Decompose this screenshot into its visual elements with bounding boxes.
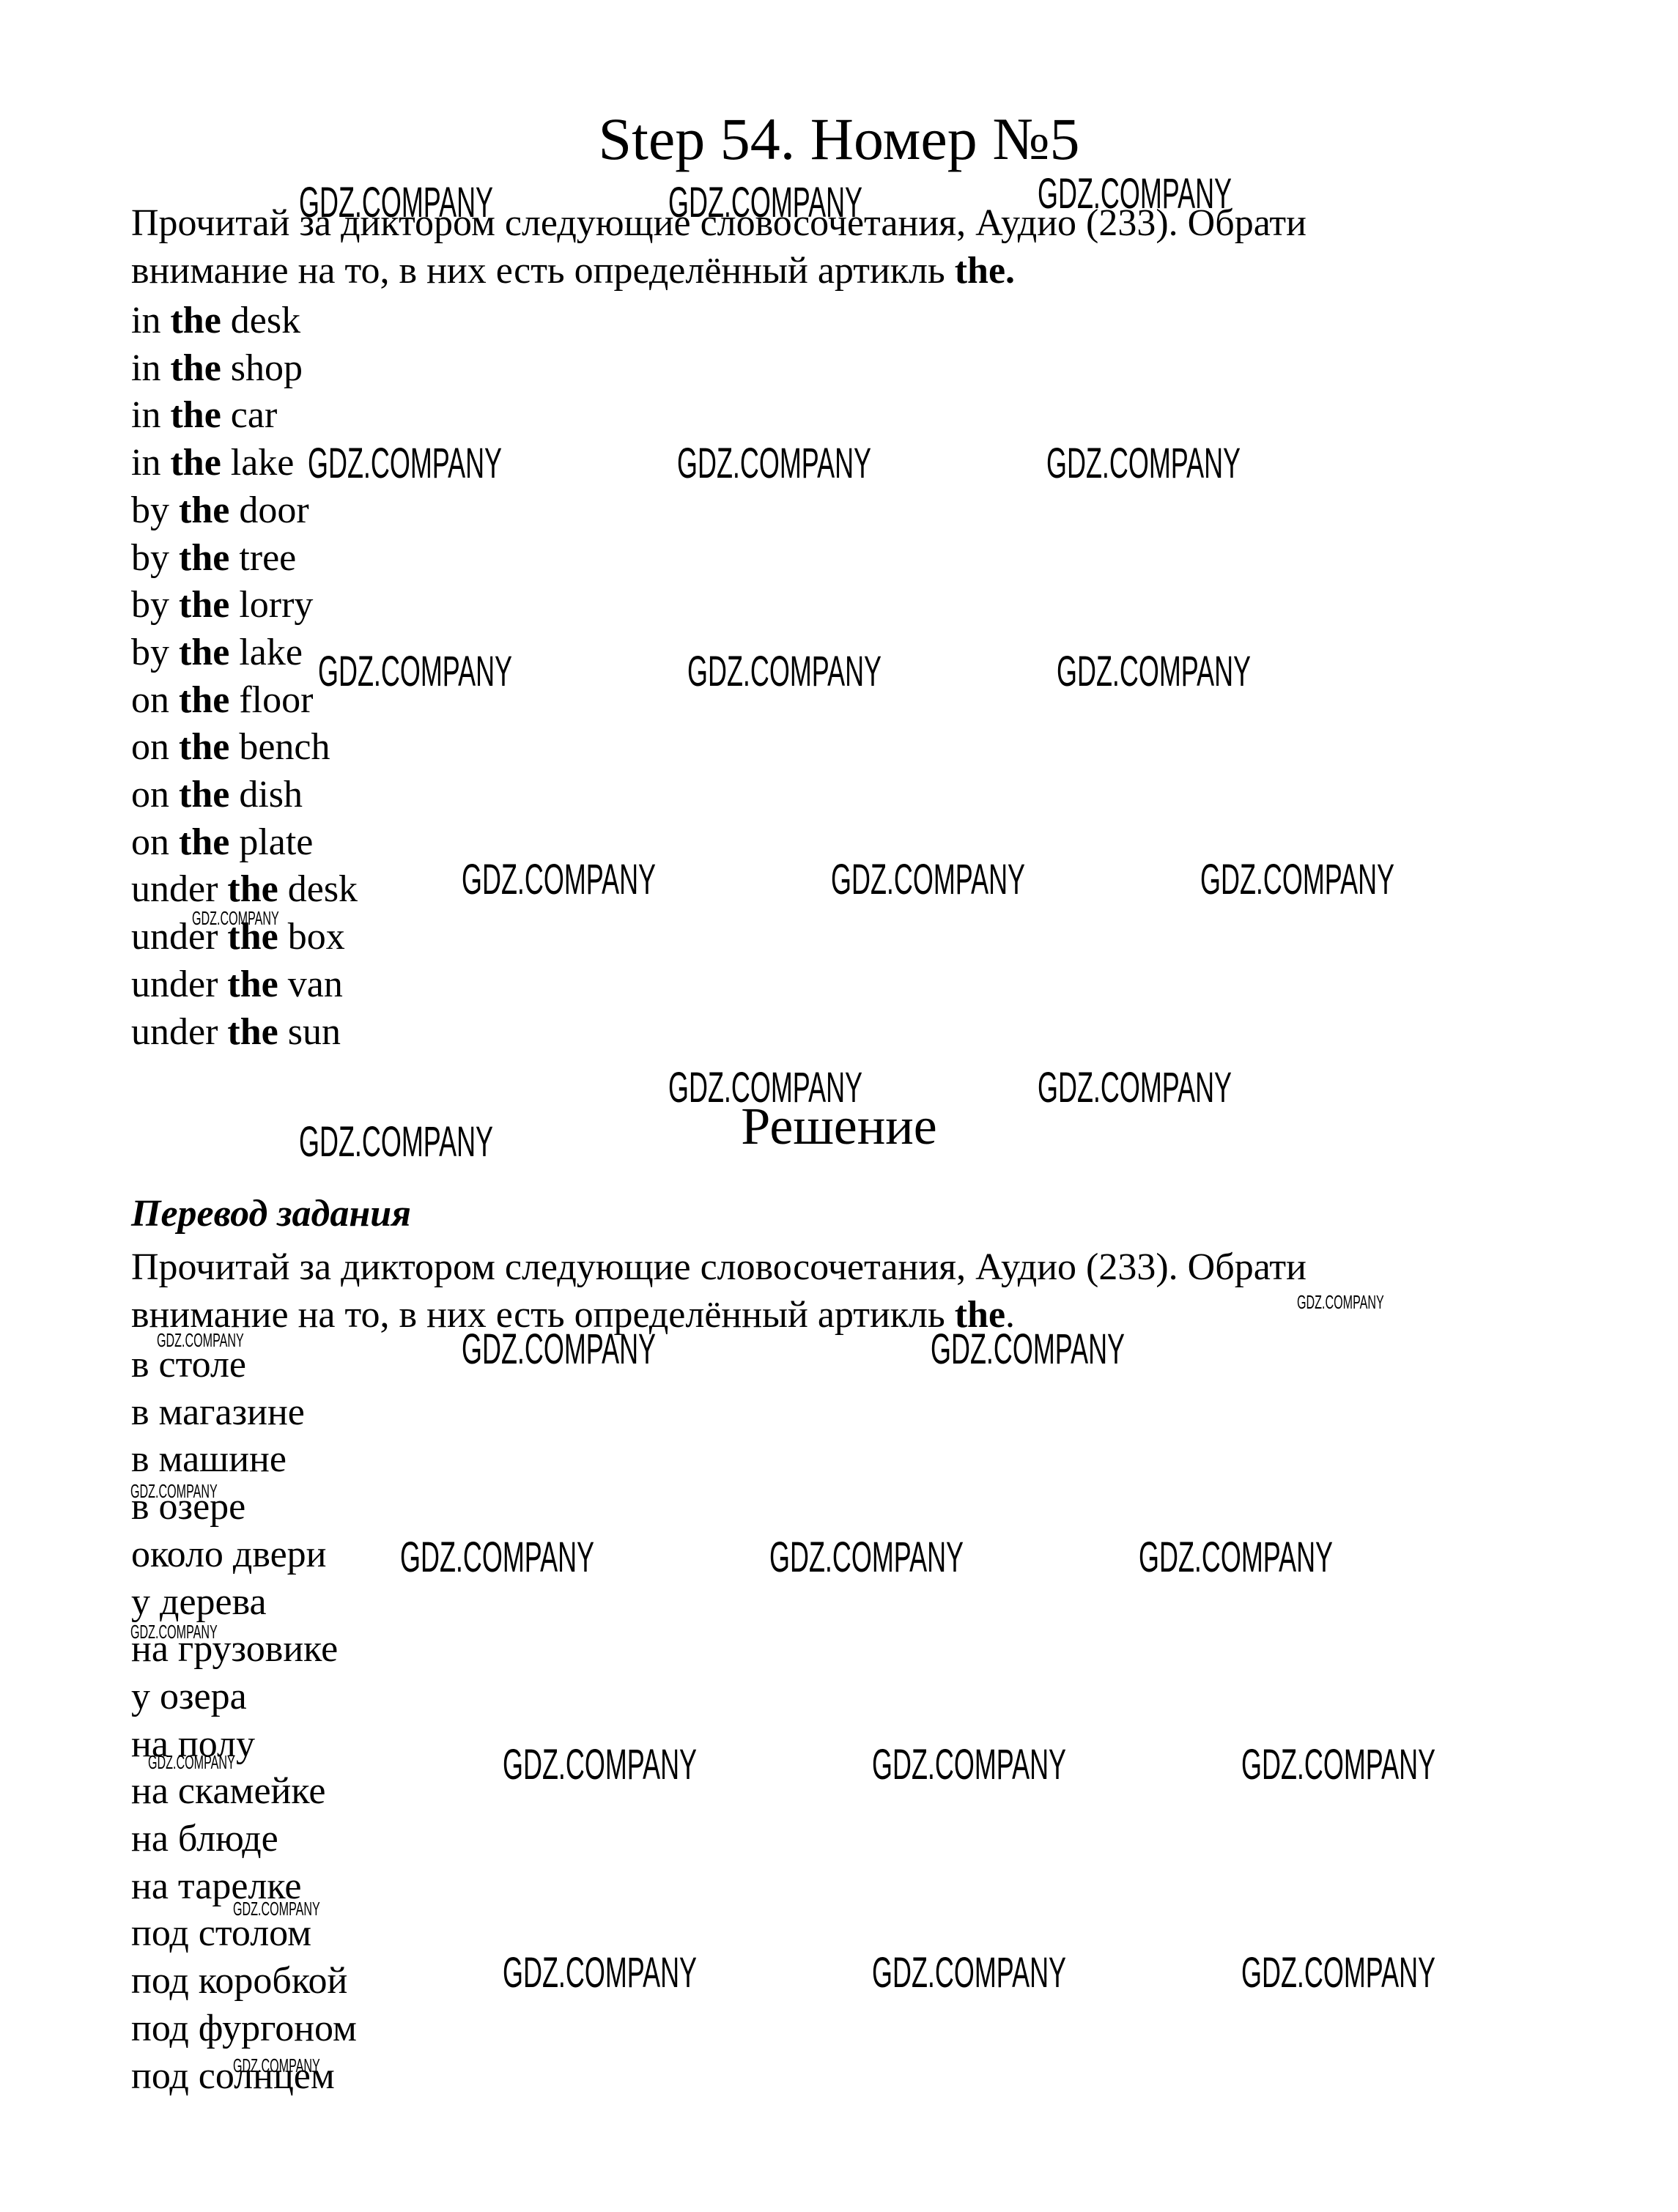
page-title: Step 54. Номер №5 [0,103,1678,176]
phrase-item: by the lorry [131,581,313,629]
watermark-text: GDZ.COMPANY [1200,859,1394,901]
article-the: the. [955,250,1015,292]
phrase-noun: lorry [229,584,313,626]
watermark-text: GDZ.COMPANY [299,182,493,224]
phrase-preposition: in [131,347,170,389]
watermark-text: GDZ.COMPANY [1057,651,1251,693]
translation-item: под коробкой [131,1957,347,2005]
translation-heading: Перевод задания [131,1190,411,1238]
phrase-preposition: under [131,1011,227,1053]
translation-item: под фургоном [131,2005,357,2052]
translation-item: у дерева [131,1578,267,1626]
phrase-preposition: by [131,489,179,531]
watermark-text: GDZ.COMPANY [687,651,881,693]
phrase-noun: sun [278,1011,341,1053]
phrase-preposition: on [131,726,179,768]
phrase-item: in the desk [131,297,300,344]
phrase-item: in the lake [131,439,294,487]
watermark-text: GDZ.COMPANY [318,651,512,693]
phrase-article: the [179,774,229,815]
phrase-article: the [227,963,278,1005]
watermark-text: GDZ.COMPANY [503,1952,697,1994]
translation-task-line-1: Прочитай за диктором следующие словосоче… [131,1243,1306,1291]
phrase-noun: car [221,394,277,436]
phrase-noun: dish [229,774,303,815]
watermark-text: GDZ.COMPANY [1046,443,1241,485]
watermark-text: GDZ.COMPANY [872,1952,1066,1994]
phrase-article: the [179,821,229,863]
watermark-text-small: GDZ.COMPANY [130,1482,218,1501]
watermark-text: GDZ.COMPANY [400,1536,594,1579]
translation-item: на блюде [131,1815,278,1863]
phrase-noun: van [278,963,343,1005]
phrase-preposition: in [131,442,170,484]
watermark-text-small: GDZ.COMPANY [157,1331,244,1350]
watermark-text: GDZ.COMPANY [462,859,656,901]
translation-item: у озера [131,1673,247,1720]
phrase-noun: floor [229,679,313,721]
watermark-text: GDZ.COMPANY [668,1067,862,1109]
phrase-item: on the floor [131,676,313,724]
phrase-preposition: on [131,679,179,721]
phrase-preposition: by [131,584,179,626]
phrase-item: by the lake [131,629,303,676]
phrase-item: in the car [131,391,277,439]
phrase-article: the [179,584,229,626]
phrase-noun: box [278,916,345,958]
phrase-preposition: on [131,821,179,863]
watermark-text: GDZ.COMPANY [872,1744,1066,1786]
phrase-article: the [179,726,229,768]
phrase-preposition: in [131,300,170,341]
phrase-article: the [170,300,221,341]
translation-item: на скамейке [131,1767,325,1815]
task-text-line-2-prefix: внимание на то, в них есть определённый … [131,250,955,292]
watermark-text: GDZ.COMPANY [831,859,1025,901]
watermark-text: GDZ.COMPANY [299,1121,493,1164]
watermark-text: GDZ.COMPANY [1241,1744,1435,1786]
watermark-text: GDZ.COMPANY [1038,173,1232,215]
phrase-noun: bench [229,726,330,768]
phrase-article: the [179,679,229,721]
phrase-article: the [227,868,278,910]
phrase-noun: door [229,489,308,531]
watermark-text: GDZ.COMPANY [668,182,862,224]
phrase-noun: lake [221,442,295,484]
phrase-noun: tree [229,537,296,579]
phrase-article: the [227,1011,278,1053]
translation-item: в машине [131,1435,287,1483]
phrase-item: by the tree [131,534,296,582]
phrase-item: on the plate [131,818,313,866]
phrase-article: the [179,632,229,673]
phrase-preposition: in [131,394,170,436]
watermark-text: GDZ.COMPANY [677,443,871,485]
phrase-noun: desk [278,868,358,910]
phrase-article: the [170,394,221,436]
watermark-text-small: GDZ.COMPANY [233,1899,320,1918]
phrase-item: in the shop [131,344,303,392]
watermark-text: GDZ.COMPANY [769,1536,964,1579]
phrase-item: on the dish [131,771,303,818]
phrase-item: under the sun [131,1008,341,1056]
watermark-text-small: GDZ.COMPANY [233,2056,320,2075]
phrase-noun: plate [229,821,313,863]
translation-item: в магазине [131,1388,305,1436]
watermark-text-small: GDZ.COMPANY [130,1622,218,1641]
phrase-noun: desk [221,300,300,341]
phrase-item: on the bench [131,723,330,771]
phrase-preposition: under [131,868,227,910]
phrase-preposition: under [131,963,227,1005]
phrase-preposition: by [131,537,179,579]
task-text-line-2: внимание на то, в них есть определённый … [131,247,1015,295]
phrase-item: by the door [131,487,309,534]
phrase-preposition: on [131,774,179,815]
phrase-article: the [179,489,229,531]
phrase-item: under the van [131,961,343,1008]
phrase-article: the [170,347,221,389]
phrase-item: under the desk [131,865,358,913]
watermark-text: GDZ.COMPANY [1241,1952,1435,1994]
watermark-text: GDZ.COMPANY [931,1328,1125,1371]
watermark-text-small: GDZ.COMPANY [1297,1292,1384,1312]
watermark-text: GDZ.COMPANY [462,1328,656,1371]
watermark-text: GDZ.COMPANY [503,1744,697,1786]
watermark-text: GDZ.COMPANY [1139,1536,1333,1579]
phrase-noun: lake [229,632,303,673]
phrase-article: the [179,537,229,579]
watermark-text: GDZ.COMPANY [308,443,502,485]
translation-item: около двери [131,1531,327,1578]
watermark-text-small: GDZ.COMPANY [192,909,279,928]
phrase-article: the [170,442,221,484]
phrase-preposition: by [131,632,179,673]
watermark-text: GDZ.COMPANY [1038,1067,1232,1109]
watermark-text-small: GDZ.COMPANY [148,1753,235,1772]
phrase-noun: shop [221,347,303,389]
